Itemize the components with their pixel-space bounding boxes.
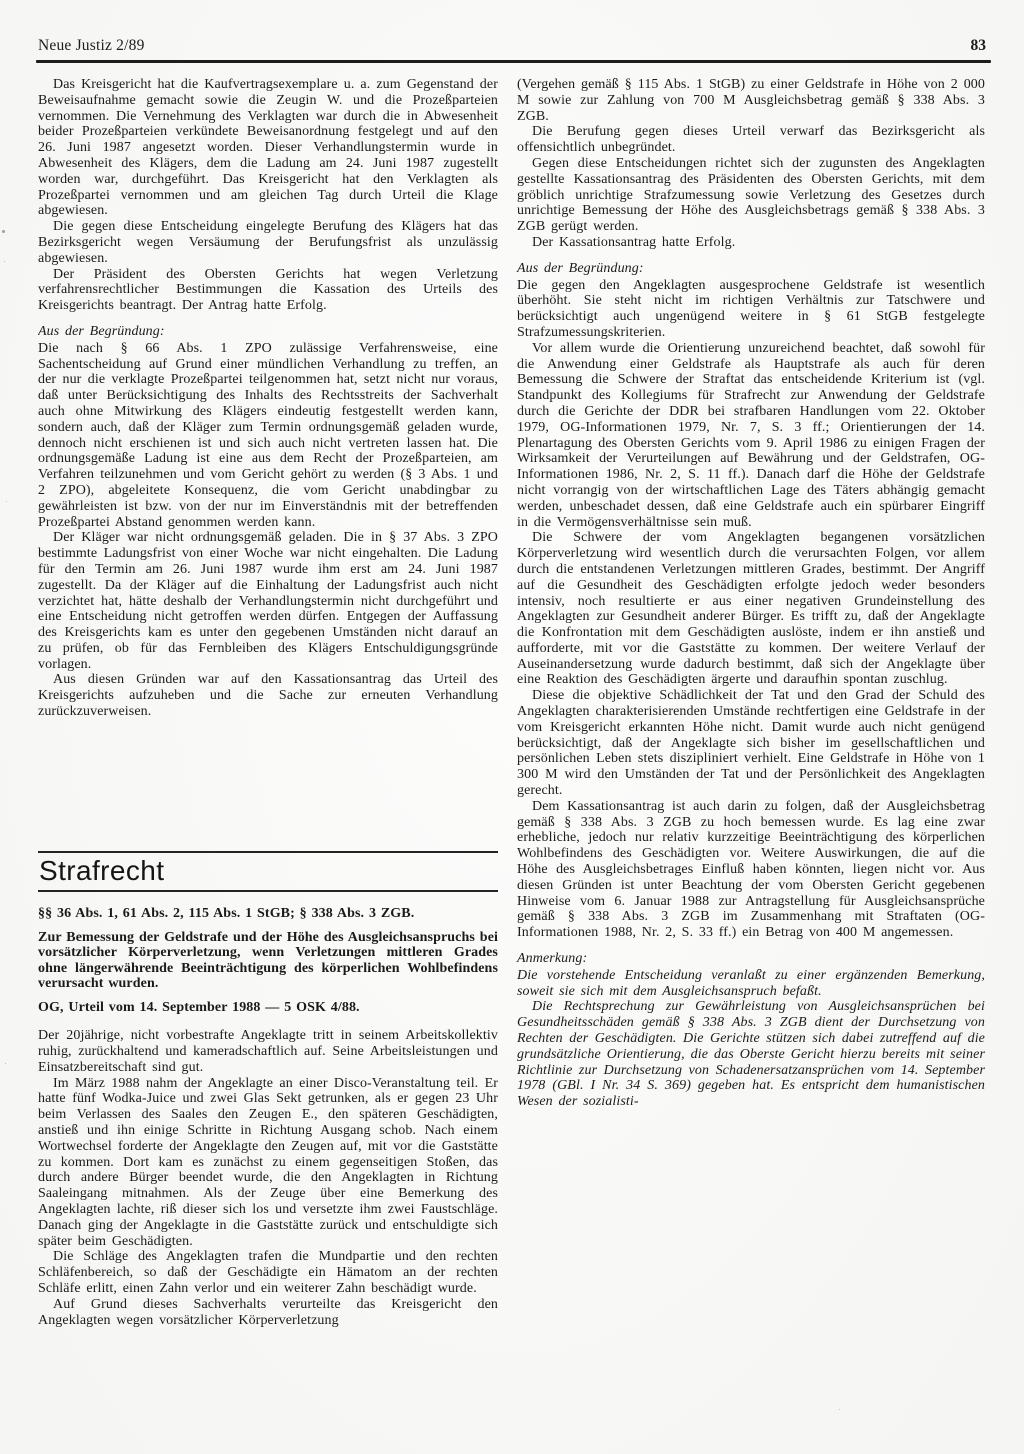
paragraph: Dem Kassationsantrag ist auch darin zu f…: [517, 799, 985, 941]
subheading-label: Aus der Begründung:: [517, 261, 985, 277]
scan-noise-speck: [2, 230, 5, 233]
paragraph: Aus diesen Gründen war auf den Kassation…: [38, 672, 498, 719]
paragraph: Der Kläger war nicht ordnungsgemäß gelad…: [38, 530, 498, 672]
paragraph: Der Präsident des Obersten Gerichts hat …: [38, 267, 498, 314]
headnote-bold: OG, Urteil vom 14. September 1988 — 5 OS…: [38, 1000, 498, 1016]
paragraph: Diese die objektive Schädlichkeit der Ta…: [517, 688, 985, 799]
left-column: Das Kreisgericht hat die Kaufvertragsexe…: [38, 77, 498, 1328]
paragraph: Im März 1988 nahm der Angeklagte an eine…: [38, 1076, 498, 1250]
header-rule: [36, 60, 991, 63]
section-rule-bottom: [38, 890, 498, 892]
paragraph: Vor allem wurde die Orientierung unzurei…: [517, 341, 985, 531]
civil-case-text: Das Kreisgericht hat die Kaufvertragsexe…: [38, 77, 498, 851]
paragraph: Das Kreisgericht hat die Kaufvertragsexe…: [38, 77, 498, 219]
paragraph: Die Schläge des Angeklagten trafen die M…: [38, 1249, 498, 1296]
headnote-bold: Zur Bemessung der Geldstrafe und der Höh…: [38, 930, 498, 992]
criminal-case-text: §§ 36 Abs. 1, 61 Abs. 2, 115 Abs. 1 StGB…: [38, 906, 498, 1328]
section-title: Strafrecht: [38, 853, 498, 890]
statute-references: §§ 36 Abs. 1, 61 Abs. 2, 115 Abs. 1 StGB…: [38, 906, 498, 922]
paragraph: (Vergehen gemäß § 115 Abs. 1 StGB) zu ei…: [517, 77, 985, 124]
annotation-paragraph: Die vorstehende Entscheidung veranlaßt z…: [517, 968, 985, 1000]
right-column: (Vergehen gemäß § 115 Abs. 1 StGB) zu ei…: [517, 77, 985, 1110]
paragraph: Die nach § 66 Abs. 1 ZPO zulässige Verfa…: [38, 341, 498, 531]
subheading-label: Anmerkung:: [517, 951, 985, 967]
paragraph: Die Berufung gegen dieses Urteil verwarf…: [517, 124, 985, 156]
subheading-label: Aus der Begründung:: [38, 324, 498, 340]
paragraph: Auf Grund dieses Sachverhalts verurteilt…: [38, 1297, 498, 1329]
annotation-paragraph: Die Rechtsprechung zur Gewährleistung vo…: [517, 999, 985, 1110]
section-heading-strafrecht: Strafrecht: [38, 851, 498, 892]
paragraph: Gegen diese Entscheidungen richtet sich …: [517, 156, 985, 235]
journal-title: Neue Justiz 2/89: [38, 36, 145, 56]
page-header: Neue Justiz 2/89 83: [38, 36, 988, 58]
page-number: 83: [971, 36, 987, 56]
paragraph: Die gegen den Angeklagten ausgesprochene…: [517, 278, 985, 341]
paragraph: Der 20jährige, nicht vorbestrafte Angekl…: [38, 1028, 498, 1075]
paragraph: Die gegen diese Entscheidung eingelegte …: [38, 219, 498, 266]
paragraph: Der Kassationsantrag hatte Erfolg.: [517, 235, 985, 251]
paragraph: Die Schwere der vom Angeklagten begangen…: [517, 530, 985, 688]
